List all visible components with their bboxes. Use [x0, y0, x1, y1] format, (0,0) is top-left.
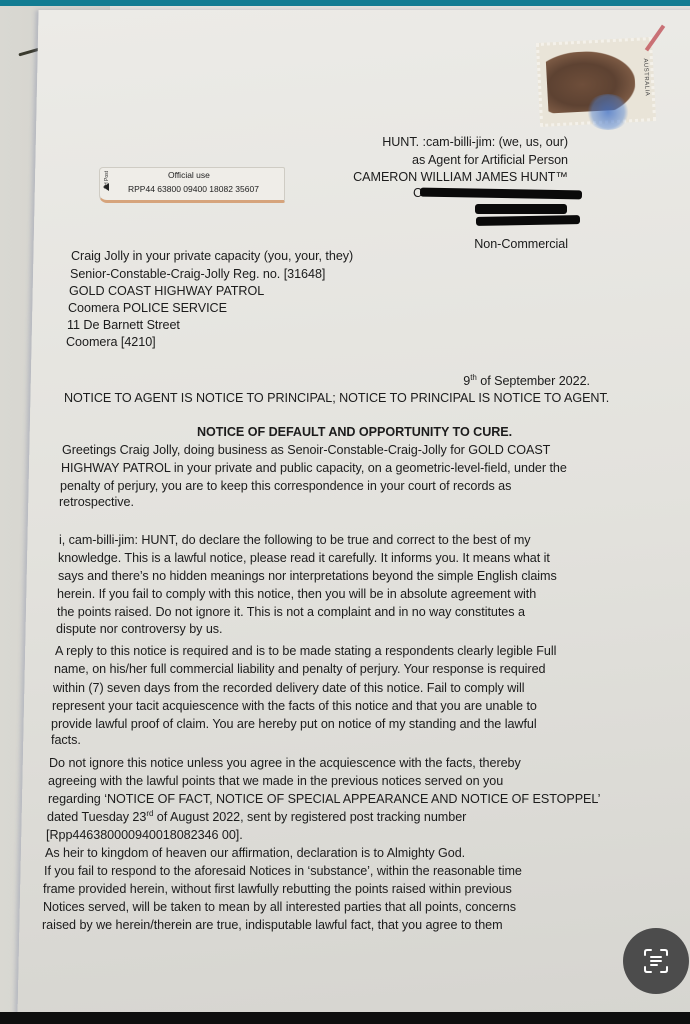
- document-photo: AUSTRALIA LH Post Official use RPP44 638…: [0, 6, 690, 1012]
- postage-tracking-label: LH Post Official use RPP44 63800 09400 1…: [99, 167, 285, 203]
- reply-line: provide lawful proof of claim. You are h…: [51, 715, 537, 733]
- tracking-reference: [Rpp446380000940018082346 00].: [46, 826, 243, 844]
- notice-title: NOTICE OF DEFAULT AND OPPORTUNITY TO CUR…: [197, 423, 512, 441]
- sender-line-1: HUNT. :cam-billi-jim: (we, us, our): [382, 133, 568, 151]
- failure-line: raised by we herein/therein are true, in…: [42, 916, 503, 934]
- reply-line: A reply to this notice is required and i…: [55, 642, 556, 660]
- greeting-line: HIGHWAY PATROL in your private and publi…: [61, 459, 567, 477]
- recipient-line: Senior-Constable-Craig-Jolly Reg. no. [3…: [70, 265, 325, 283]
- recipient-line: Craig Jolly in your private capacity (yo…: [71, 247, 353, 265]
- failure-line: frame provided herein, without first law…: [43, 880, 512, 898]
- declaration-line: the points raised. Do not ignore it. Thi…: [57, 603, 525, 621]
- date-suffix: th: [470, 373, 477, 382]
- failure-line: Notices served, will be taken to mean by…: [43, 898, 516, 916]
- redacted-address-line: [475, 204, 567, 214]
- declaration-line: i, cam-billi-jim: HUNT, do declare the f…: [59, 531, 531, 549]
- declaration-line: dispute nor controversy by us.: [56, 620, 223, 638]
- affirmation-line: As heir to kingdom of heaven our affirma…: [45, 844, 465, 862]
- scan-text-button[interactable]: [623, 928, 689, 994]
- ignore-line: agreeing with the lawful points that we …: [48, 772, 503, 790]
- recipient-line: Coomera [4210]: [66, 333, 156, 351]
- postmark-icon: [585, 94, 631, 130]
- agent-principal-maxim: NOTICE TO AGENT IS NOTICE TO PRINCIPAL; …: [64, 389, 609, 407]
- sender-line-3: CAMERON WILLIAM JAMES HUNT™: [353, 168, 568, 186]
- arrow-left-icon: [103, 183, 109, 191]
- failure-line: If you fail to respond to the aforesaid …: [44, 862, 522, 880]
- recipient-line: GOLD COAST HIGHWAY PATROL: [69, 282, 264, 300]
- label-heading: Official use: [168, 170, 210, 180]
- letter-date: 9th of September 2022.: [463, 372, 590, 390]
- redacted-address-line: [476, 215, 580, 226]
- recipient-line: Coomera POLICE SERVICE: [68, 299, 227, 317]
- dated-rest: of August 2022, sent by registered post …: [153, 810, 466, 824]
- stamp-country: AUSTRALIA: [642, 58, 650, 96]
- ignore-line: regarding ‘NOTICE OF FACT, NOTICE OF SPE…: [48, 790, 600, 808]
- reply-line: name, on his/her full commercial liabili…: [54, 660, 545, 678]
- date-rest: of September 2022.: [477, 374, 590, 388]
- declaration-line: herein. If you fail to comply with this …: [57, 585, 536, 603]
- dated-prefix: dated Tuesday 23: [47, 810, 146, 824]
- recipient-line: 11 De Barnett Street: [67, 316, 180, 334]
- bottom-black-bar: [0, 1012, 690, 1024]
- declaration-line: says and there’s no hidden meanings nor …: [58, 567, 557, 585]
- sender-line-2: as Agent for Artificial Person: [412, 151, 568, 169]
- label-tracking-code: RPP44 63800 09400 18082 35607: [128, 184, 259, 194]
- ignore-line: Do not ignore this notice unless you agr…: [49, 754, 521, 772]
- reply-line: within (7) seven days from the recorded …: [53, 679, 525, 697]
- redacted-address-line: [420, 188, 582, 200]
- scan-text-icon: [641, 946, 671, 976]
- letter: AUSTRALIA LH Post Official use RPP44 638…: [0, 6, 690, 1012]
- greeting-line: Greetings Craig Jolly, doing business as…: [62, 441, 550, 459]
- reply-line: represent your tacit acquiescence with t…: [52, 697, 537, 715]
- dated-line: dated Tuesday 23rd of August 2022, sent …: [47, 808, 466, 826]
- sender-status: Non-Commercial: [474, 235, 568, 253]
- reply-line: facts.: [51, 731, 81, 749]
- declaration-line: knowledge. This is a lawful notice, plea…: [58, 549, 550, 567]
- greeting-line: retrospective.: [59, 493, 134, 511]
